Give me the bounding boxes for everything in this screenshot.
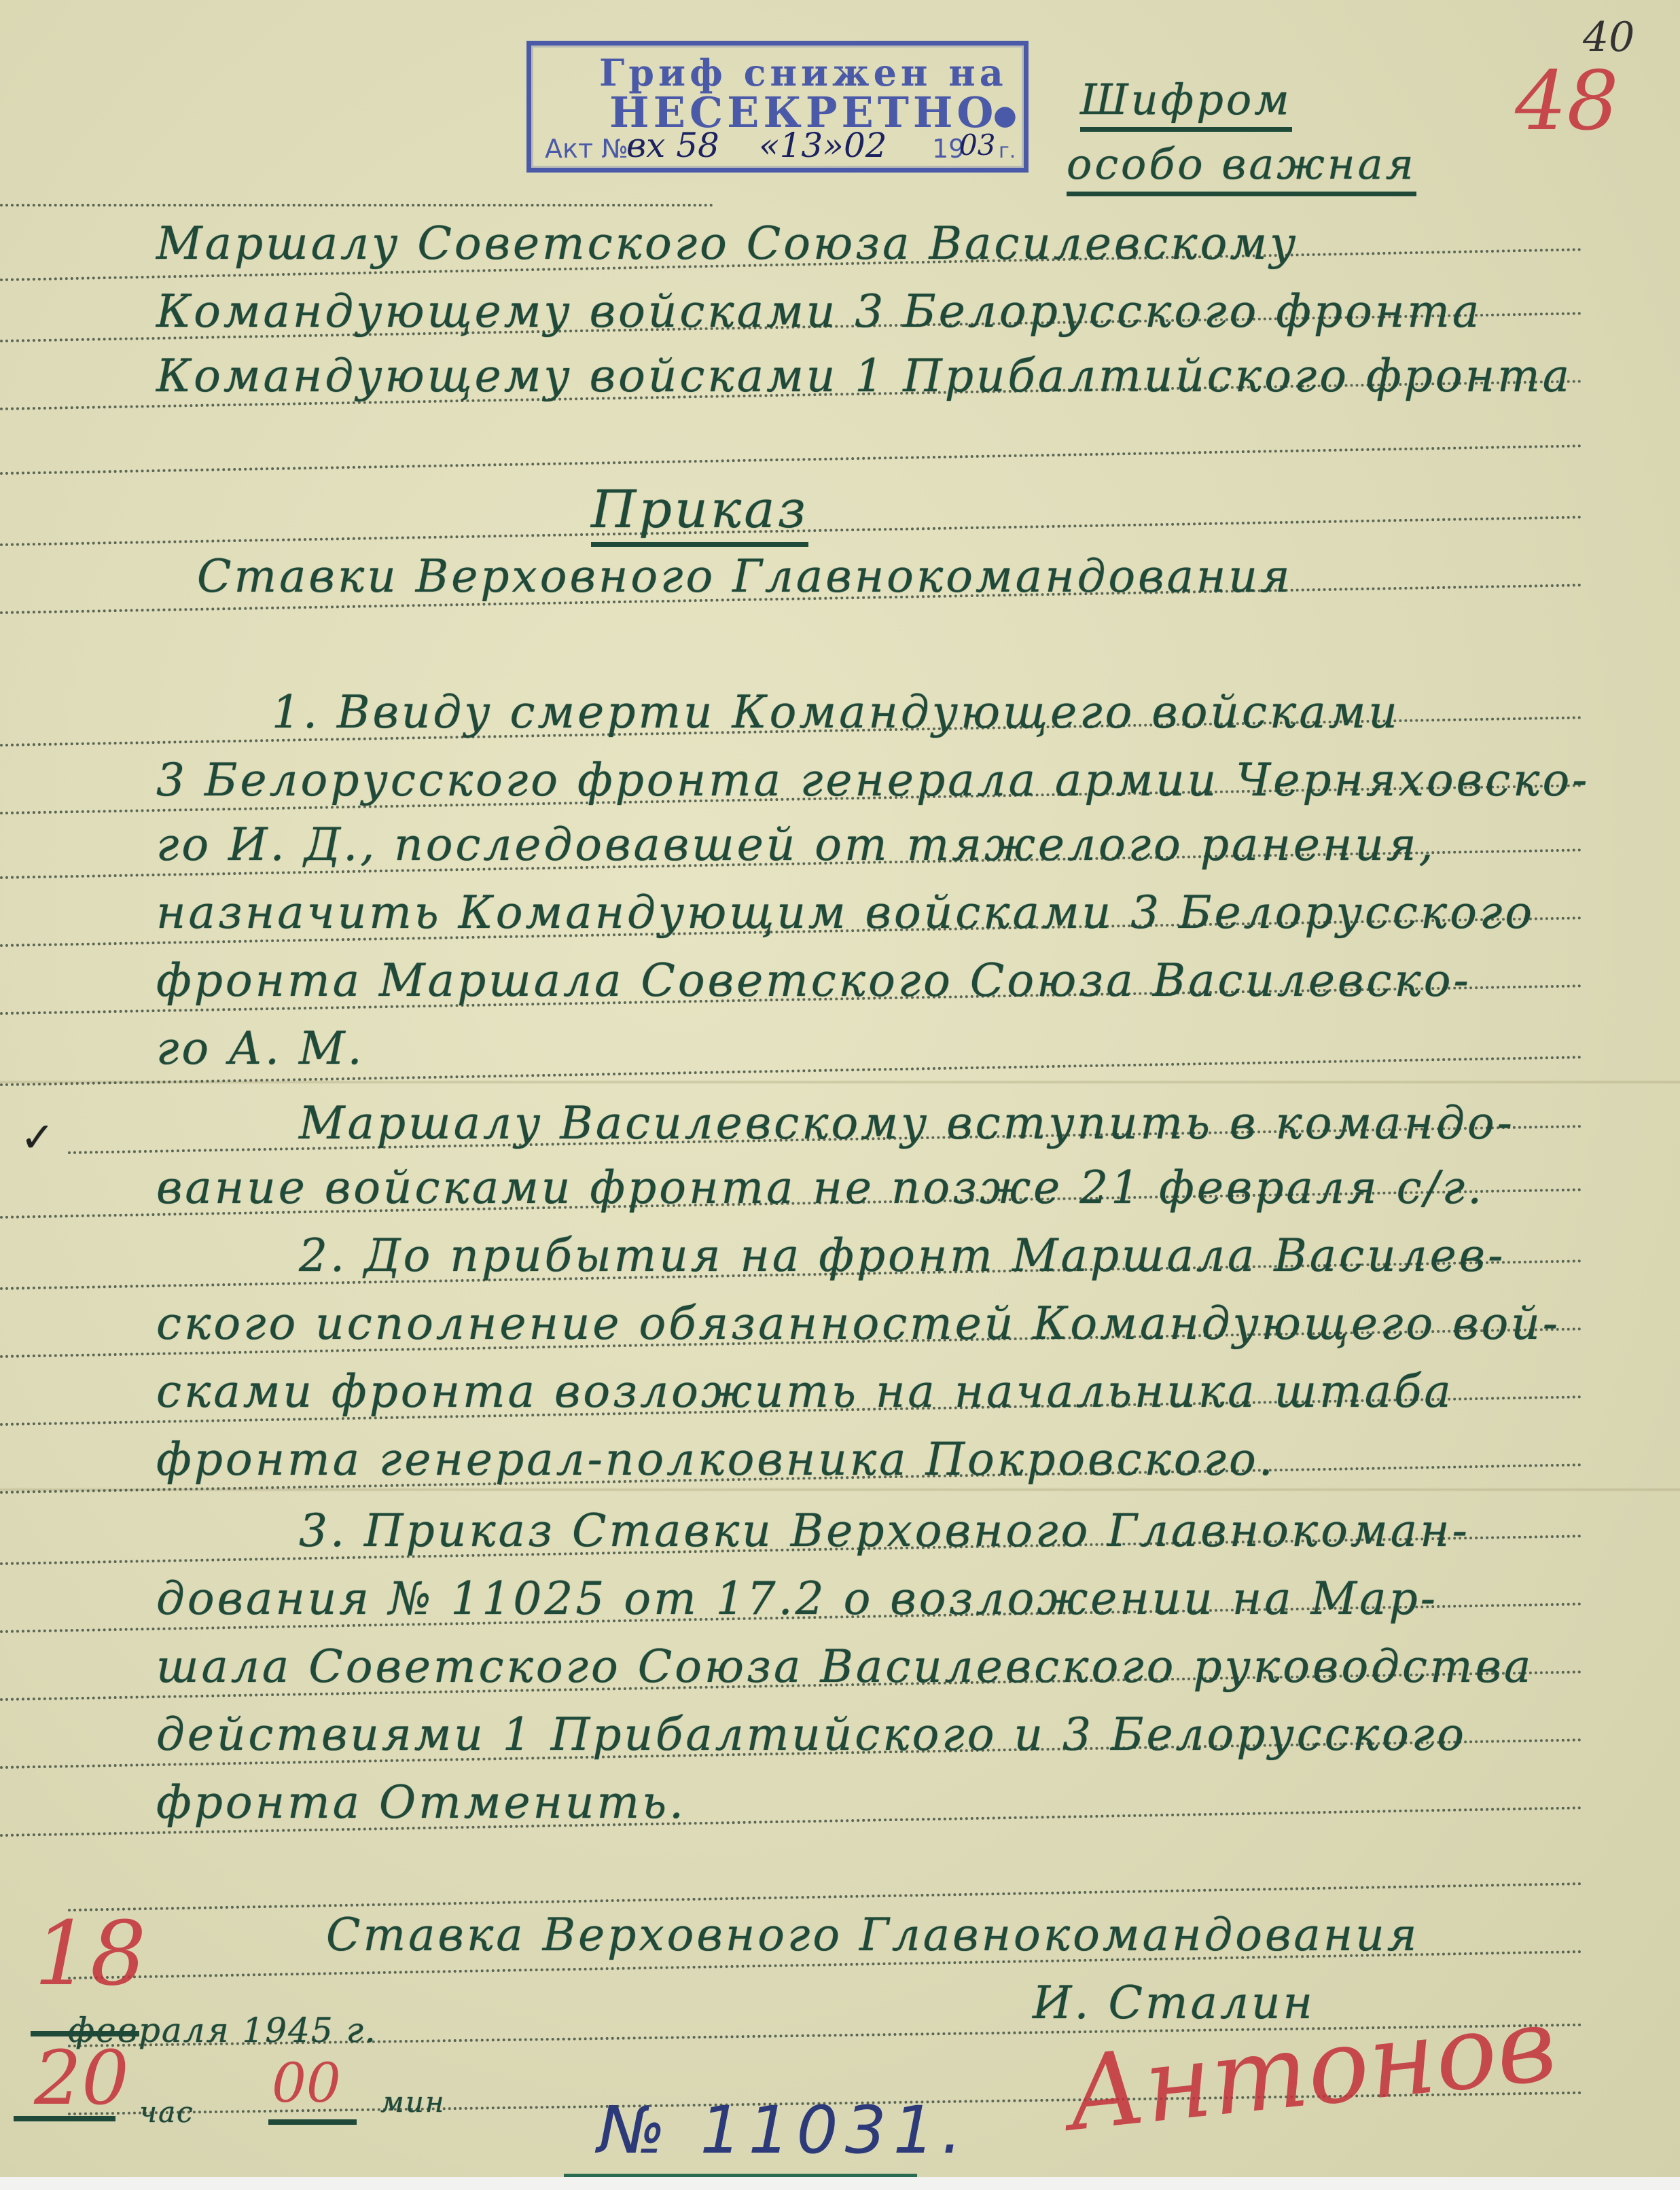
body-line: ского исполнение обязанностей Командующе… xyxy=(156,1297,1560,1350)
body-line: фронта Отменить. xyxy=(156,1776,686,1829)
stamp-dot: ● xyxy=(993,100,1017,131)
body-line: фронта генерал-полковника Покровского. xyxy=(156,1433,1276,1486)
body-line: вание войсками фронта не позже 21 феврал… xyxy=(156,1162,1484,1214)
body-line: го А. М. xyxy=(156,1022,365,1075)
dispatch-day-red: 18 xyxy=(34,1902,146,2005)
addressee-1: Маршалу Советского Союза Василевскому xyxy=(156,217,1298,270)
stamp-month: 02 xyxy=(844,126,887,165)
page-number-red: 48 xyxy=(1515,54,1619,149)
ruled-line xyxy=(0,204,713,207)
body-line: го И. Д., последовавшей от тяжелого ране… xyxy=(156,819,1436,871)
document-subtitle: Ставки Верховного Главнокомандования xyxy=(197,550,1293,603)
body-line: 1. Ввиду смерти Командующего войсками xyxy=(272,686,1400,738)
document-title: Приказ xyxy=(591,479,808,547)
document-page: Гриф снижен на НЕСЕКРЕТНО ● Акт № вх 58 … xyxy=(0,0,1680,2177)
classification-cipher: Шифром xyxy=(1080,75,1292,132)
dispatch-minutes-label: мин xyxy=(380,2085,446,2119)
body-line: сками фронта возложить на начальника шта… xyxy=(156,1365,1454,1418)
dispatch-minutes-underline xyxy=(268,2119,357,2125)
dispatch-hour-label: час xyxy=(139,2096,194,2129)
dispatch-hour-red: 20 xyxy=(34,2034,129,2121)
body-line: 3 Белорусского фронта генерала армии Чер… xyxy=(156,754,1590,806)
order-number-underline xyxy=(564,2174,917,2177)
margin-check-mark: ✓ xyxy=(20,1114,57,1162)
body-line: назначить Командующим войсками 3 Белорус… xyxy=(156,886,1535,939)
addressee-2: Командующему войсками 3 Белорусского фро… xyxy=(156,285,1482,338)
order-number: № 11031. xyxy=(598,2092,969,2168)
body-line: фронта Маршала Советского Союза Василевс… xyxy=(156,954,1471,1007)
body-line: дования № 11025 от 17.2 о возложении на … xyxy=(156,1573,1438,1625)
dispatch-hour-underline xyxy=(14,2116,115,2121)
body-line: действиями 1 Прибалтийского и 3 Белорусс… xyxy=(156,1708,1467,1761)
body-line: шала Советского Союза Василевского руков… xyxy=(156,1640,1533,1693)
addressee-3: Командующему войсками 1 Прибалтийского ф… xyxy=(156,350,1572,402)
body-line: 2. До прибытия на фронт Маршала Василев- xyxy=(299,1229,1505,1282)
stamp-year-suffix: г. xyxy=(999,139,1016,163)
body-line: 3. Приказ Ставки Верховного Главнокоман- xyxy=(299,1505,1470,1557)
stamp-act-number: вх 58 xyxy=(626,126,719,165)
ruled-line xyxy=(0,444,1583,475)
declassification-stamp: Гриф снижен на НЕСЕКРЕТНО ● Акт № вх 58 … xyxy=(526,41,1029,173)
closing-authority: Ставка Верховного Главнокомандования xyxy=(326,1909,1419,1961)
ruled-line xyxy=(68,1882,1583,1911)
body-line: Маршалу Василевскому вступить в командо- xyxy=(299,1097,1515,1149)
dispatch-minutes-red: 00 xyxy=(272,2051,341,2115)
stamp-day: «13» xyxy=(759,126,844,165)
classification-importance: особо важная xyxy=(1067,139,1416,196)
stamp-act-prefix: Акт № xyxy=(545,134,628,164)
stamp-year: 03 xyxy=(959,128,995,162)
